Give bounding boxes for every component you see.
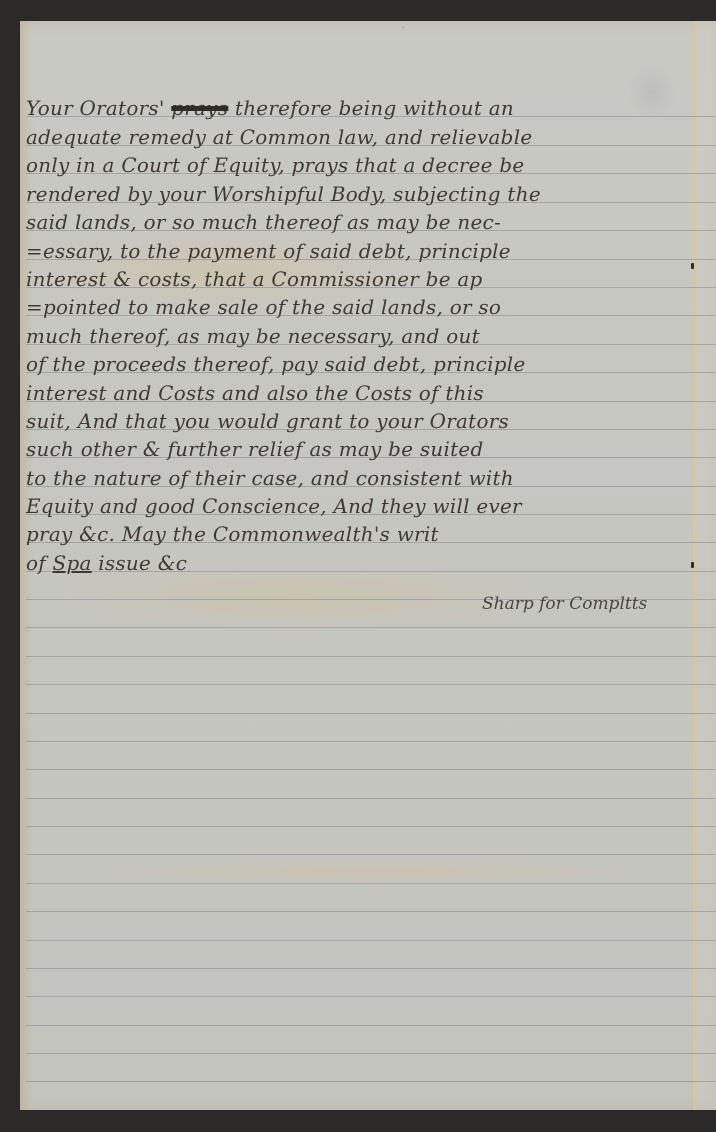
text-line-6: =essary, to the payment of said debt, pr… — [26, 239, 694, 263]
ruled-line — [26, 968, 716, 969]
text-line-14: to the nature of their case, and consist… — [26, 466, 694, 490]
ruled-line — [26, 940, 716, 941]
ruled-line — [26, 996, 716, 997]
text-line-4: rendered by your Worshipful Body, subjec… — [26, 182, 694, 206]
ruled-line — [26, 1053, 716, 1054]
attorney-signature: Sharp for Compltts — [482, 594, 647, 614]
underlined-abbreviation: Spa — [53, 551, 92, 575]
text-line-7: interest & costs, that a Commissioner be… — [26, 267, 694, 291]
document-scan: - — [0, 0, 716, 1132]
text-line-5: said lands, or so much thereof as may be… — [26, 210, 694, 234]
ruled-line — [26, 854, 716, 855]
text-line-12: suit, And that you would grant to your O… — [26, 409, 694, 433]
struck-out-word: prays — [171, 96, 228, 120]
text-line-13: such other & further relief as may be su… — [26, 437, 694, 461]
ruled-line — [26, 911, 716, 912]
text-line-16: pray &c. May the Commonwealth's writ — [26, 522, 694, 546]
right-margin-strip — [696, 21, 716, 1110]
text-line-2: adequate remedy at Common law, and relie… — [26, 125, 694, 149]
text-line-9: much thereof, as may be necessary, and o… — [26, 324, 694, 348]
top-mark: - — [402, 24, 404, 31]
ruled-line — [26, 883, 716, 884]
ink-mark — [691, 263, 694, 269]
text-segment: therefore being without an — [228, 96, 514, 120]
ruled-line — [26, 627, 716, 628]
ink-mark — [691, 562, 694, 568]
ruled-line — [26, 741, 716, 742]
ruled-line — [26, 1081, 716, 1082]
text-line-8: =pointed to make sale of the said lands,… — [26, 295, 694, 319]
ruled-line — [26, 1025, 716, 1026]
ruled-line — [26, 826, 716, 827]
text-line-10: of the proceeds thereof, pay said debt, … — [26, 352, 694, 376]
text-segment: issue &c — [92, 551, 187, 575]
text-line-3: only in a Court of Equity, prays that a … — [26, 153, 694, 177]
text-line-17: of Spa issue &c — [26, 551, 694, 575]
ruled-line — [26, 713, 716, 714]
text-segment: of — [26, 551, 53, 575]
ruled-line — [26, 798, 716, 799]
text-line-1: Your Orators' prays therefore being with… — [26, 96, 694, 120]
ruled-line — [26, 684, 716, 685]
text-segment: Your Orators' — [26, 96, 171, 120]
ruled-line — [26, 769, 716, 770]
text-line-11: interest and Costs and also the Costs of… — [26, 381, 694, 405]
text-line-15: Equity and good Conscience, And they wil… — [26, 494, 694, 518]
manuscript-page: - — [20, 21, 716, 1110]
ruled-line — [26, 656, 716, 657]
